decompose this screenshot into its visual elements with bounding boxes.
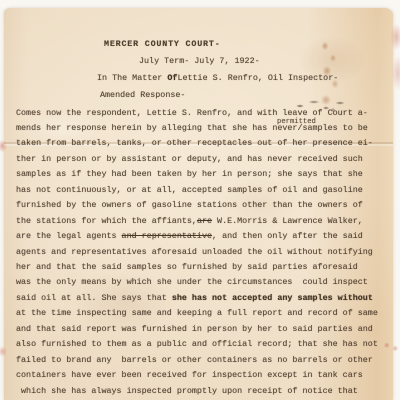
- text-segment: also furnished to them as a public and o…: [16, 339, 378, 349]
- body-line: and that said report was furnished in pe…: [16, 324, 373, 334]
- body-line: was the only means by which she under th…: [16, 277, 368, 287]
- text-segment: was the only means by which she under th…: [16, 277, 368, 287]
- text-segment: In The Matter: [97, 73, 167, 83]
- text-segment: W.E.Morris & Lawrence Walker,: [212, 216, 363, 226]
- text-segment: said oil at all. She says that: [16, 293, 172, 303]
- text-segment: containers have ever been received for i…: [16, 370, 363, 380]
- text-segment: at the time inspecting same and keeping …: [16, 308, 378, 318]
- text-segment: , and then only after the said: [212, 231, 363, 241]
- text-segment: taken from barrels, tanks, or other rece…: [16, 138, 373, 148]
- text-segment: has not continuously, or at all, accepte…: [16, 185, 363, 195]
- text-segment: mends her response herein by alleging th…: [16, 123, 368, 133]
- document-title: Amended Response-: [100, 90, 185, 100]
- body-line: Comes now the respondent, Lettie S. Renf…: [16, 108, 368, 118]
- body-line: her and that the said samples so furnish…: [16, 262, 358, 272]
- text-segment: Comes now the respondent, Lettie S. Renf…: [16, 108, 368, 118]
- body-line: failed to brand any barrels or other con…: [16, 355, 373, 365]
- text-segment: Lettie S. Renfro, Oil Inspector-: [177, 73, 338, 83]
- body-line: which she has always inspected promptly …: [16, 386, 358, 396]
- term-date-line: July Term- July 7, 1922-: [139, 56, 260, 66]
- body-line: the stations for which the affiants,are …: [16, 216, 363, 226]
- body-line: has not continuously, or at all, accepte…: [16, 185, 363, 195]
- body-line: containers have ever been received for i…: [16, 370, 363, 380]
- case-caption: In The Matter OfLettie S. Renfro, Oil In…: [97, 73, 338, 83]
- body-line: ther in person or by assistant or deputy…: [16, 154, 363, 164]
- text-segment: and that said report was furnished in pe…: [16, 324, 373, 334]
- text-segment: she has not accepted any samples without: [172, 293, 373, 303]
- court-name: MERCER COUNTY COURT-: [104, 39, 221, 49]
- body-line: are the legal agents and representative,…: [16, 231, 363, 241]
- text-segment: furnished by the owners of gasoline stat…: [16, 200, 363, 210]
- text-segment: which she has always inspected promptly …: [16, 386, 358, 396]
- text-segment: samples as if they had been taken by her…: [16, 169, 363, 179]
- body-line: taken from barrels, tanks, or other rece…: [16, 138, 373, 148]
- text-segment: her and that the said samples so furnish…: [16, 262, 358, 272]
- text-segment: and representative: [122, 231, 212, 241]
- body-line: said oil at all. She says that she has n…: [16, 293, 373, 303]
- text-segment: are: [197, 216, 212, 226]
- body-line: agents and representatives aforesaid unl…: [16, 247, 373, 257]
- body-line: furnished by the owners of gasoline stat…: [16, 200, 363, 210]
- text-segment: are the legal agents: [16, 231, 122, 241]
- body-line: mends her response herein by alleging th…: [16, 123, 368, 133]
- body-line: samples as if they had been taken by her…: [16, 169, 363, 179]
- text-segment: ther in person or by assistant or deputy…: [16, 154, 363, 164]
- text-segment: agents and representatives aforesaid unl…: [16, 247, 373, 257]
- body-line: also furnished to them as a public and o…: [16, 339, 378, 349]
- scanned-court-document: MERCER COUNTY COURT- July Term- July 7, …: [0, 0, 400, 400]
- body-line: at the time inspecting same and keeping …: [16, 308, 378, 318]
- text-segment: failed to brand any barrels or other con…: [16, 355, 373, 365]
- text-segment: Of: [167, 73, 177, 83]
- text-segment: the stations for which the affiants,: [16, 216, 197, 226]
